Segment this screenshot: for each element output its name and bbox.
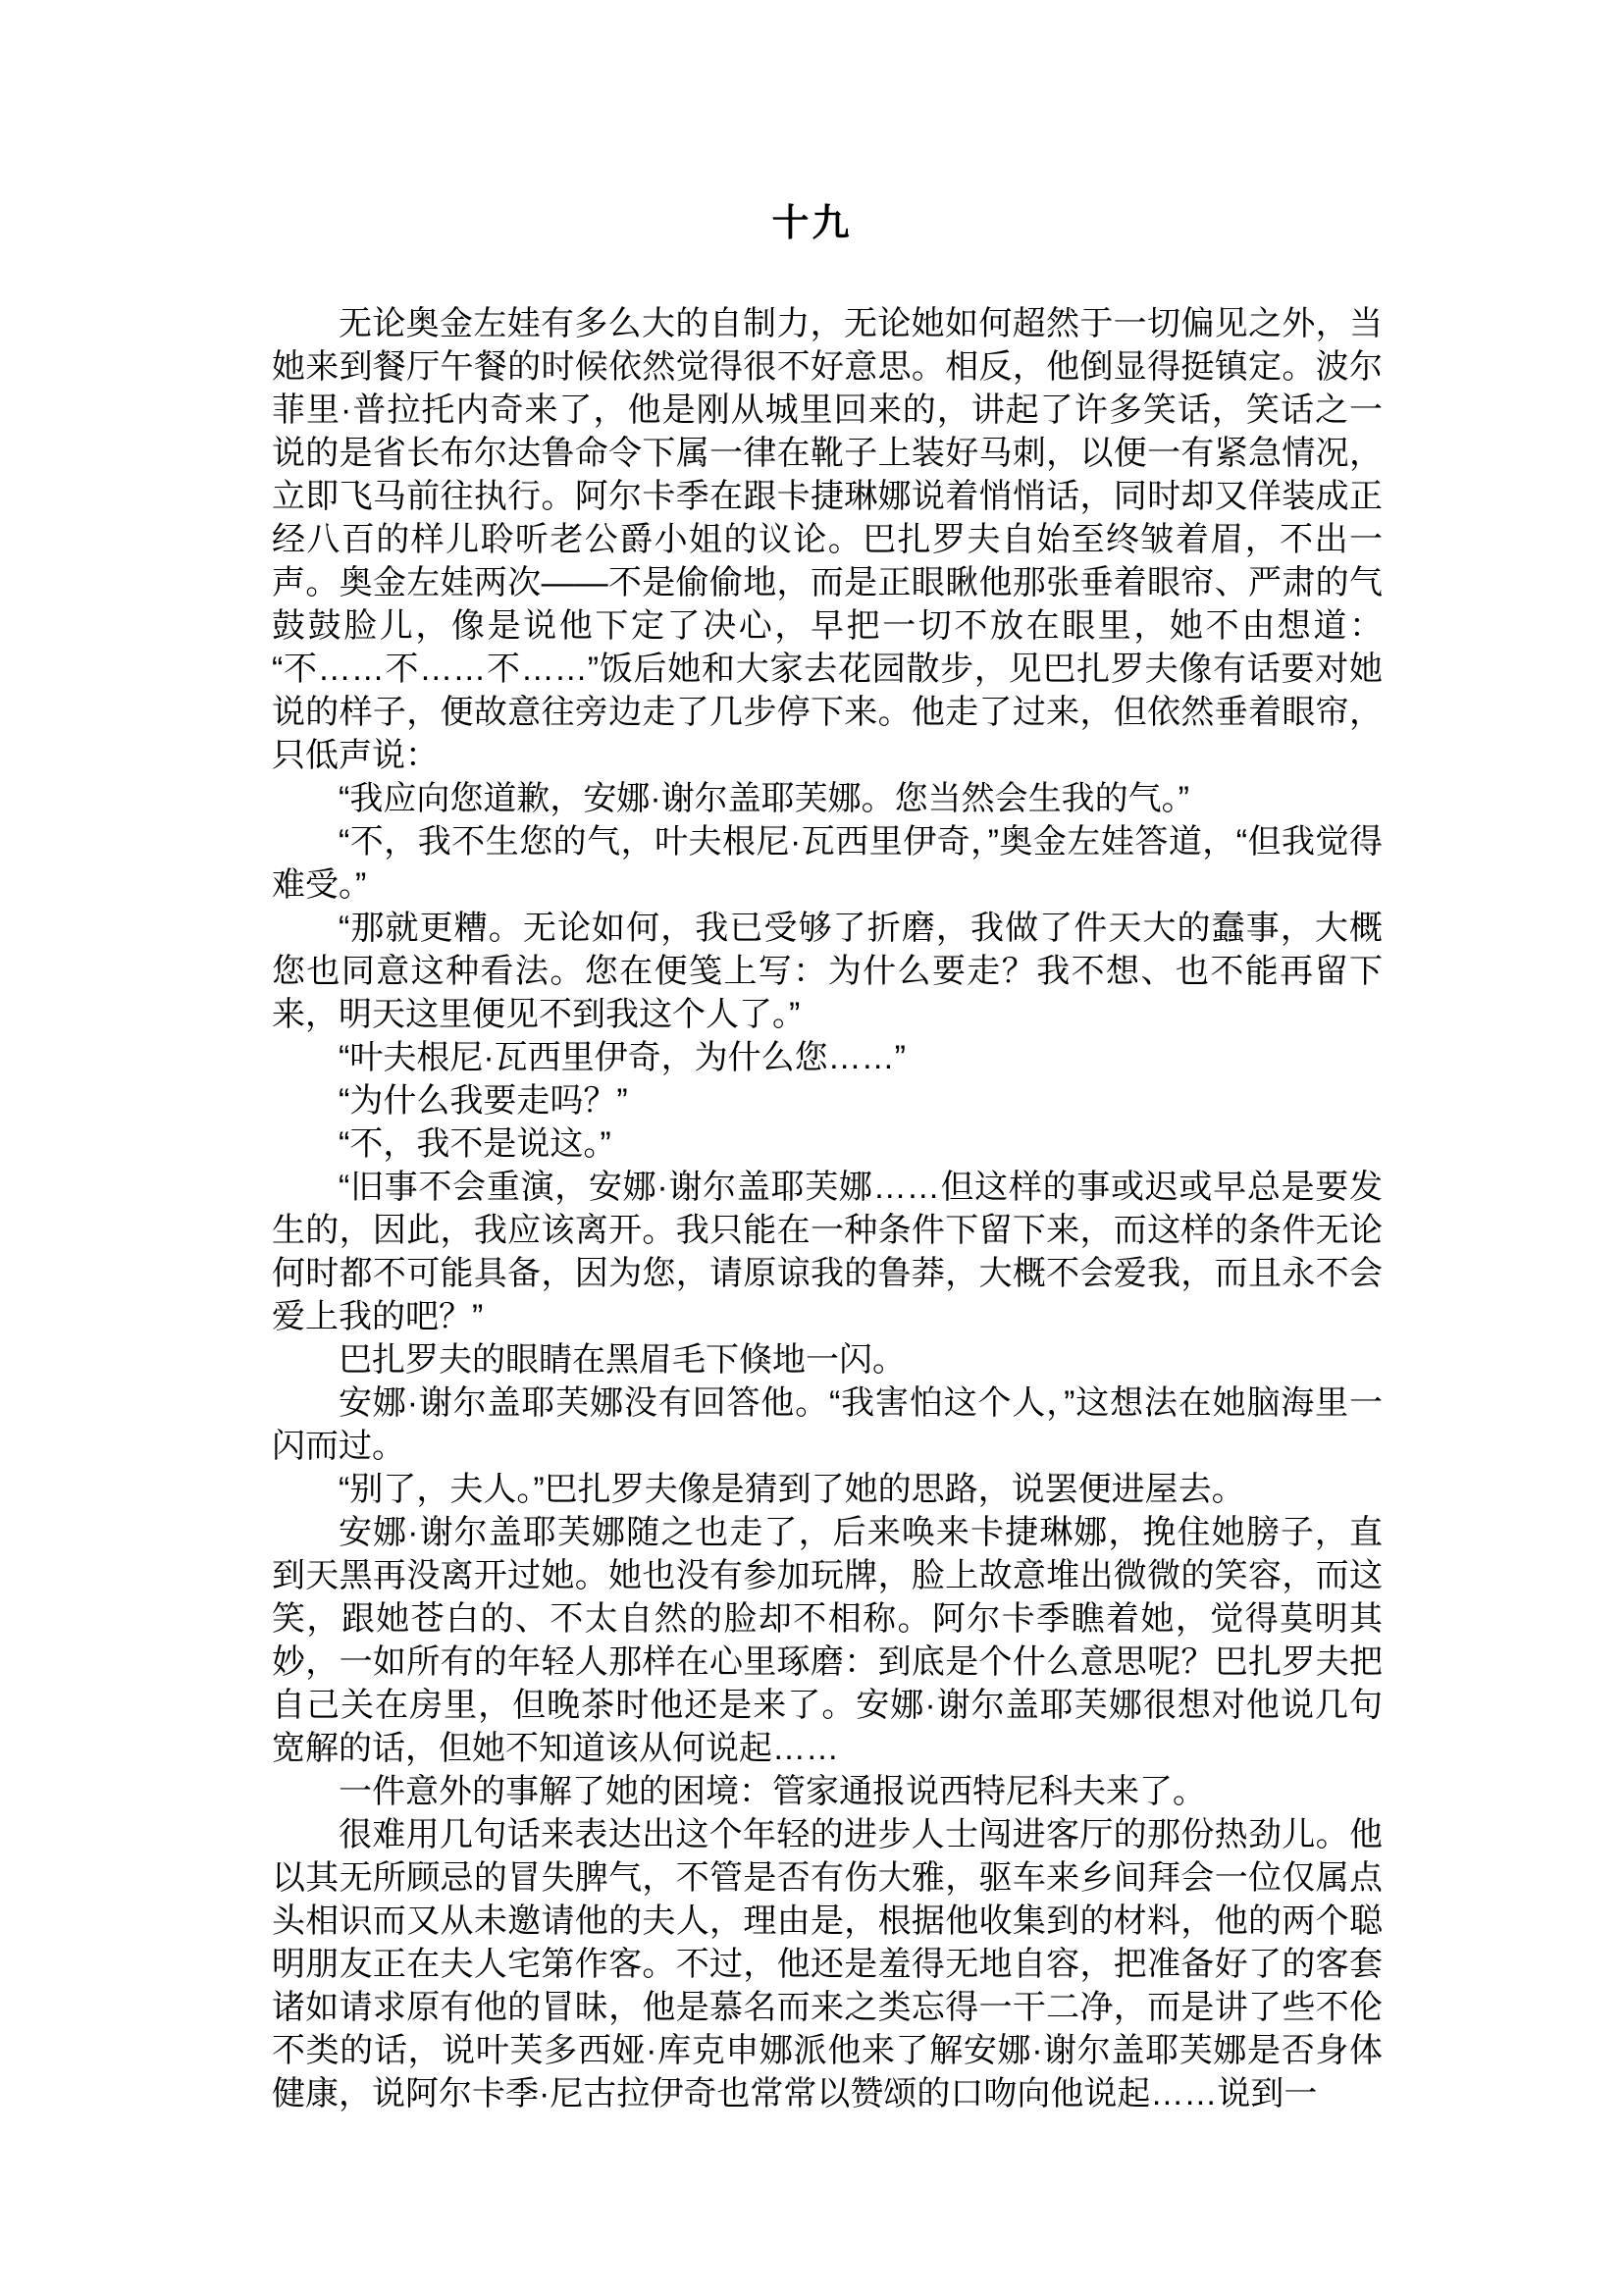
paragraph: “叶夫根尼·瓦西里伊奇，为什么您……” [272,1036,1383,1079]
body-text: 无论奥金左娃有多么大的自制力，无论她如何超然于一切偏见之外，当她来到餐厅午餐的时… [272,302,1383,2115]
paragraph: “不，我不是说这。” [272,1122,1383,1166]
paragraph: “为什么我要走吗？” [272,1079,1383,1122]
paragraph: “那就更糟。无论如何，我已受够了折磨，我做了件天大的蠢事，大概您也同意这种看法。… [272,907,1383,1036]
paragraph: “我应向您道歉，安娜·谢尔盖耶芙娜。您当然会生我的气。” [272,777,1383,820]
page-title: 十九 [0,0,1624,245]
paragraph: 巴扎罗夫的眼睛在黑眉毛下倏地一闪。 [272,1338,1383,1382]
paragraph: 安娜·谢尔盖耶芙娜随之也走了，后来唤来卡捷琳娜，挽住她膀子，直到天黑再没离开过她… [272,1511,1383,1770]
document-page: 十九 无论奥金左娃有多么大的自制力，无论她如何超然于一切偏见之外，当她来到餐厅午… [0,0,1624,2294]
paragraph: 很难用几句话来表达出这个年轻的进步人士闯进客厅的那份热劲儿。他以其无所顾忌的冒失… [272,1813,1383,2115]
paragraph: 安娜·谢尔盖耶芙娜没有回答他。“我害怕这个人，”这想法在她脑海里一闪而过。 [272,1382,1383,1468]
paragraph: 一件意外的事解了她的困境：管家通报说西特尼科夫来了。 [272,1770,1383,1813]
paragraph: “不，我不生您的气，叶夫根尼·瓦西里伊奇，”奥金左娃答道，“但我觉得难受。” [272,820,1383,907]
paragraph: “旧事不会重演，安娜·谢尔盖耶芙娜……但这样的事或迟或早总是要发生的，因此，我应… [272,1166,1383,1338]
paragraph: 无论奥金左娃有多么大的自制力，无论她如何超然于一切偏见之外，当她来到餐厅午餐的时… [272,302,1383,777]
paragraph: “别了，夫人。”巴扎罗夫像是猜到了她的思路，说罢便进屋去。 [272,1468,1383,1511]
